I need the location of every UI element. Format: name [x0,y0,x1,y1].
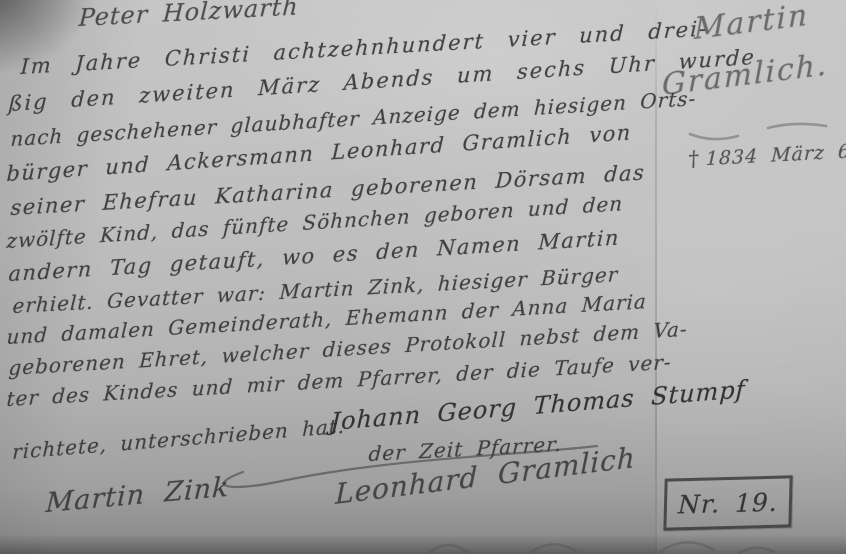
death-cross-icon: † [688,146,706,171]
page-heading: Peter Holzwarth [78,0,300,32]
record-number: Nr. 19. [678,487,778,519]
cut-off-signature-strokes [410,532,790,554]
godfather-signature: Martin Zink [45,472,230,519]
scanned-register-page: Peter Holzwarth Martin Gramlich. †1834 M… [0,0,846,554]
paper-fold-line [655,0,657,554]
record-number-box: Nr. 19. [663,475,792,530]
